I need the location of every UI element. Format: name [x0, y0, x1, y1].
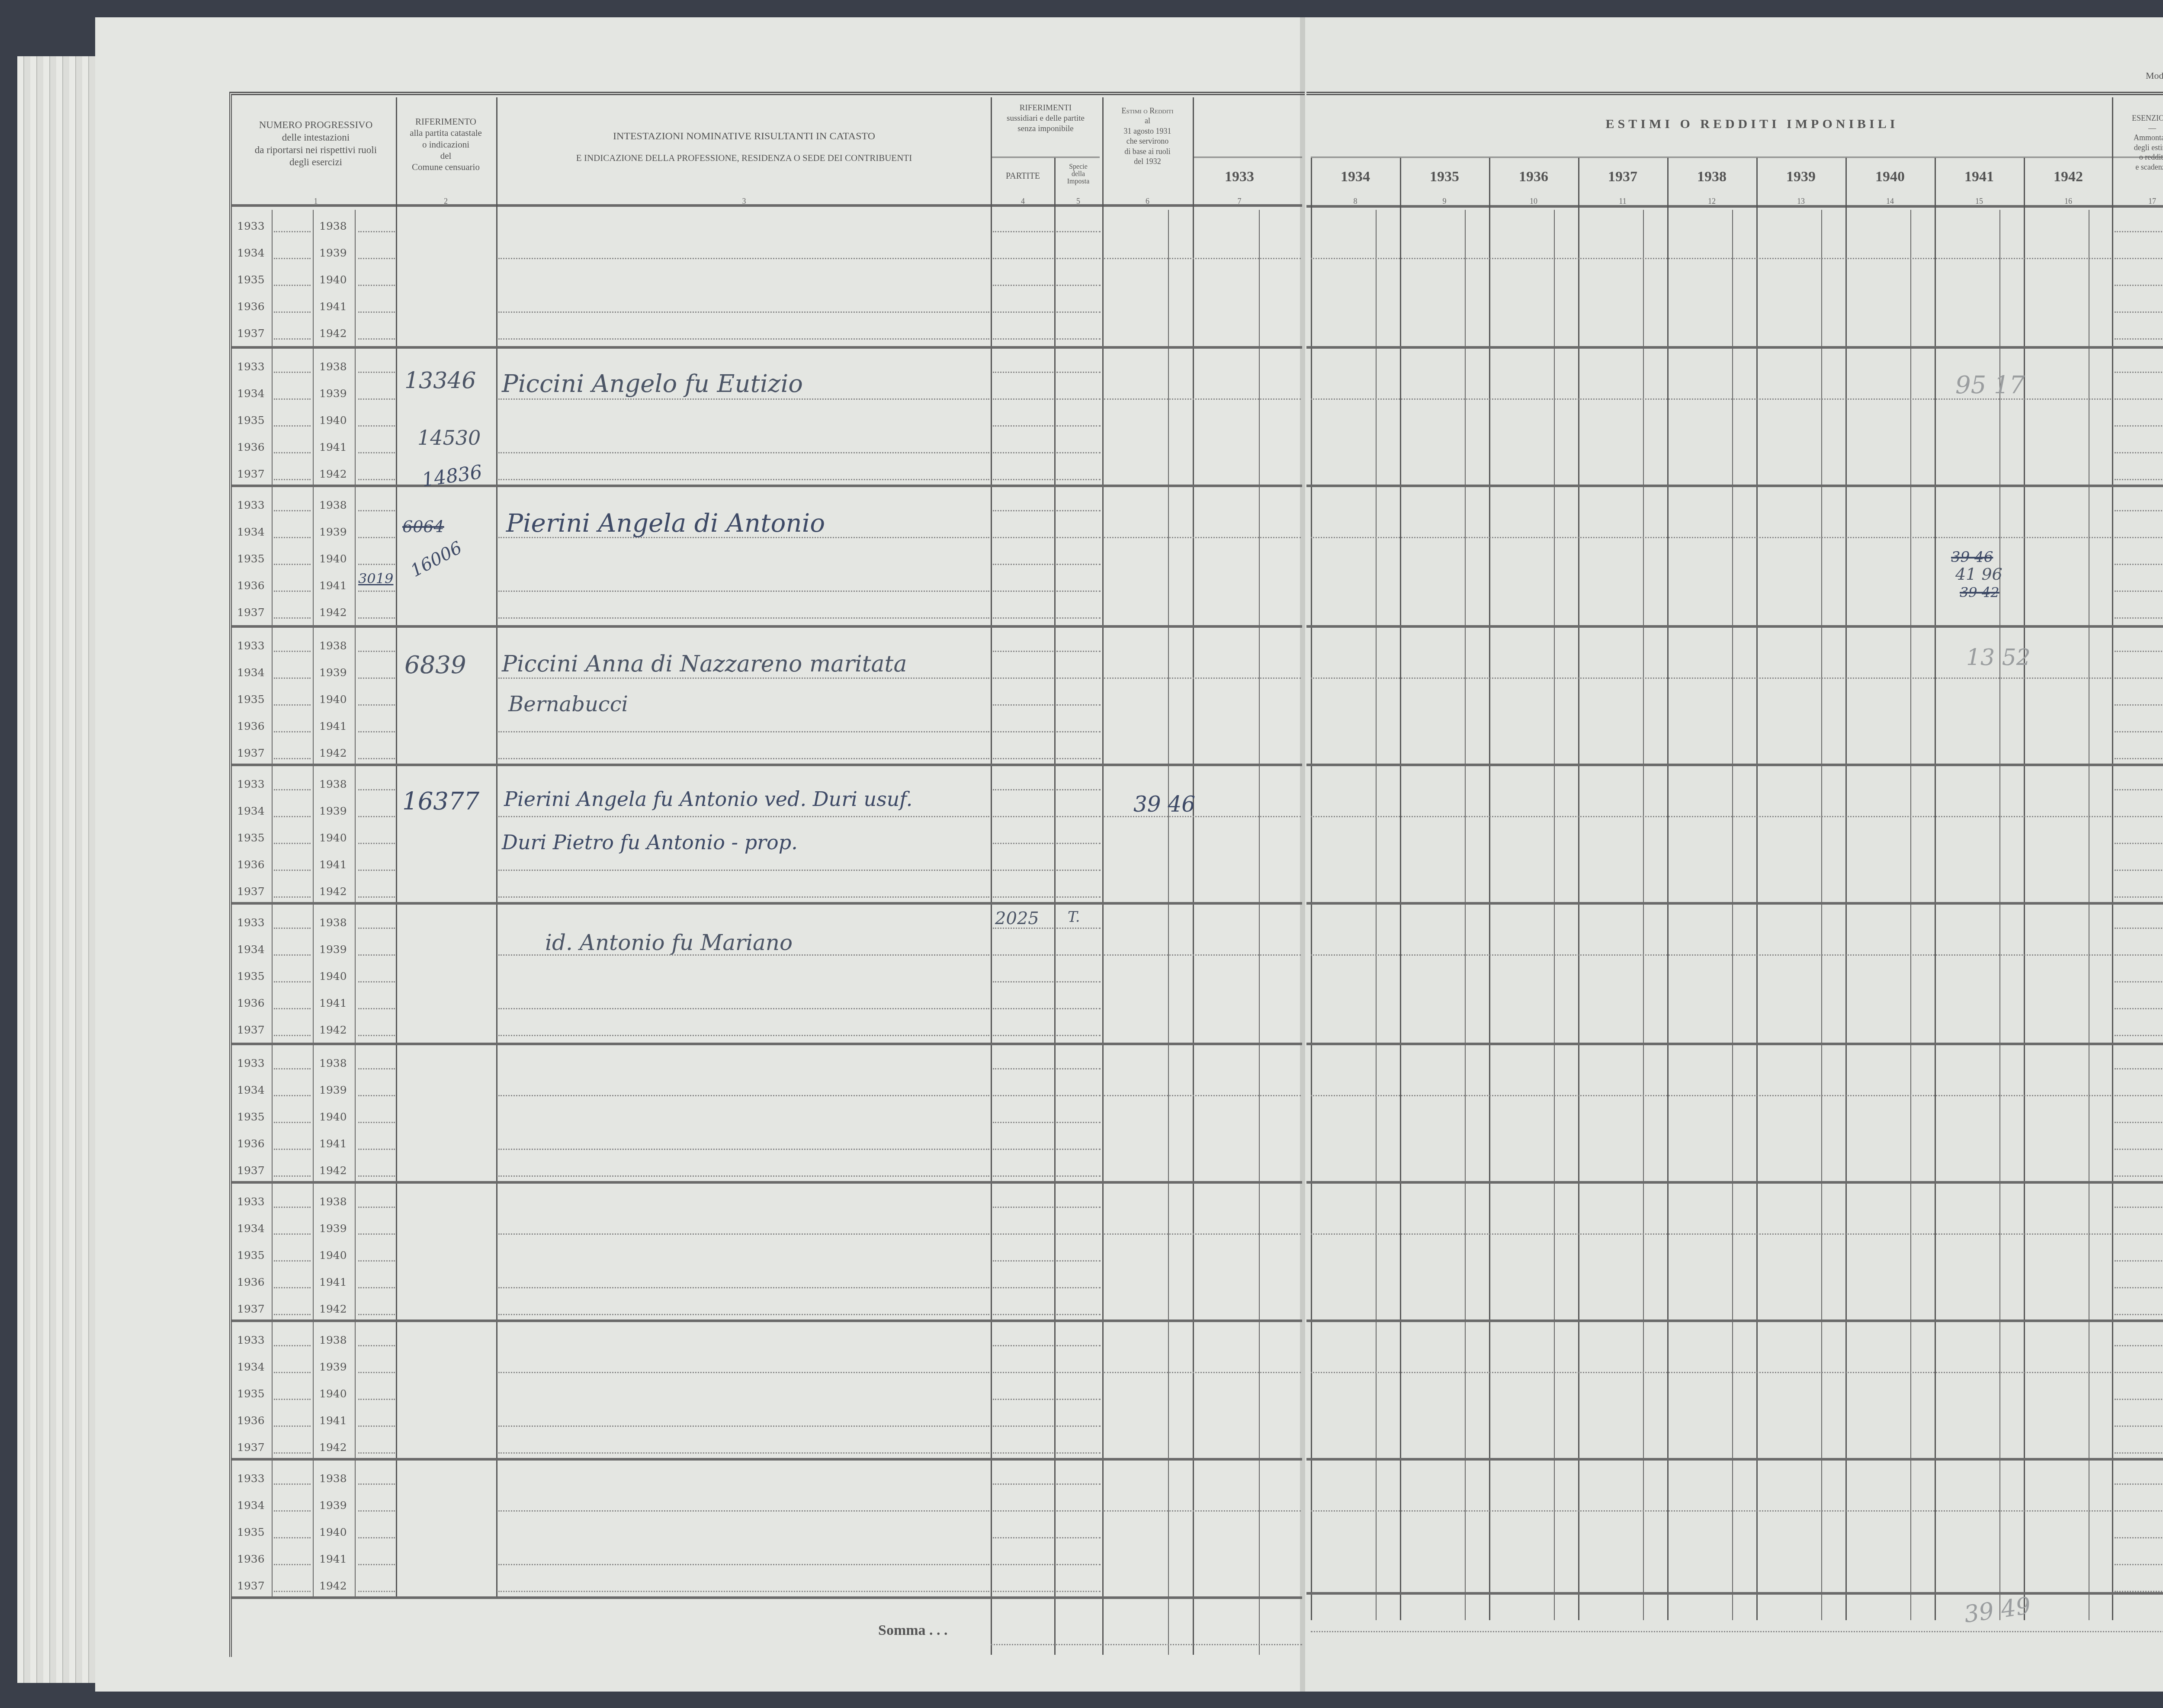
header-col7-year: 1933 [1194, 169, 1285, 185]
year-label-right: 1939 [319, 1361, 347, 1373]
entry-4-estimo-1941[interactable]: 13 52 [1966, 645, 2031, 671]
form-title: Mod. 111 - Imposte Dirette (Intercalare)… [2146, 70, 2163, 81]
year-label-right: 1938 [319, 499, 347, 511]
year-label-left: 1935 [237, 970, 265, 982]
entry-4-riferimento[interactable]: 6839 [404, 651, 466, 679]
entry-2-estimo-1941[interactable]: 95 17 [1955, 371, 2025, 399]
year-label-right: 1940 [319, 273, 347, 286]
year-label-right: 1940 [319, 1249, 347, 1262]
entry-3-numero-note[interactable]: 3019 [358, 570, 393, 587]
entry-6-specie-imposta[interactable]: T. [1068, 909, 1080, 926]
year-label-left: 1937 [237, 1303, 265, 1315]
year-label-right: 1941 [319, 997, 347, 1009]
year-label-left: 1937 [237, 327, 265, 340]
year-label-right: 1941 [319, 1137, 347, 1150]
year-label-left: 1936 [237, 579, 265, 592]
vline-year-col [1489, 158, 1490, 1620]
year-label-left: 1936 [237, 441, 265, 453]
year-label-right: 1940 [319, 414, 347, 427]
year-label-right: 1942 [319, 885, 347, 898]
vline-col6-left [1102, 97, 1104, 1655]
header-col1: NUMERO PROGRESSIVO delle intestazioni da… [234, 119, 398, 169]
year-label-right: 1939 [319, 1499, 347, 1512]
year-label-right: 1942 [319, 747, 347, 759]
year-label-right: 1942 [319, 1303, 347, 1315]
year-label-left: 1936 [237, 1276, 265, 1288]
year-label-right: 1942 [319, 1441, 347, 1454]
entry-4-intestazione-line1[interactable]: Piccini Anna di Nazzareno maritata [502, 651, 907, 677]
left-table-frame [229, 92, 1305, 1657]
block-divider-left [232, 1043, 1302, 1045]
year-label-left: 1935 [237, 832, 265, 844]
block-divider-left [232, 902, 1302, 905]
year-label-right: 1938 [319, 360, 347, 373]
block-divider-right [1306, 1181, 2163, 1184]
vline-year-col [1311, 158, 1312, 1620]
entry-5-estimo-1931[interactable]: 39 46 [1133, 792, 1195, 817]
header-col6: Estimi o Redditi al 31 agosto 1931 che s… [1103, 106, 1192, 167]
year-label-left: 1934 [237, 1361, 265, 1373]
year-label-right: 1939 [319, 526, 347, 538]
header-col4: PARTITE [992, 171, 1054, 182]
year-label-left: 1936 [237, 1414, 265, 1427]
year-header: 1942 [2024, 169, 2113, 185]
block-divider-left [232, 1458, 1302, 1461]
entry-2-riferimento-2[interactable]: 14530 [417, 426, 481, 449]
year-header: 1935 [1400, 169, 1489, 185]
year-label-right: 1938 [319, 778, 347, 790]
year-label-right: 1942 [319, 1580, 347, 1592]
block-divider-left [232, 625, 1302, 628]
entry-3-estimo-1941-struck-1: 39 46 [1951, 549, 1993, 566]
block-divider-left [232, 1181, 1302, 1184]
year-header: 1934 [1311, 169, 1400, 185]
entry-4-intestazione-line2[interactable]: Bernabucci [508, 692, 628, 716]
year-label-left: 1937 [237, 885, 265, 898]
block-divider-right [1306, 1043, 2163, 1045]
block-divider-right [1306, 764, 2163, 766]
year-label-right: 1942 [319, 606, 347, 619]
year-label-right: 1939 [319, 666, 347, 679]
year-label-right: 1940 [319, 970, 347, 982]
year-label-left: 1933 [237, 778, 265, 790]
year-label-left: 1933 [237, 1057, 265, 1069]
year-label-left: 1936 [237, 1137, 265, 1150]
block-divider-left [232, 764, 1302, 766]
year-label-right: 1938 [319, 1334, 347, 1346]
year-label-left: 1937 [237, 468, 265, 480]
block-divider-left [232, 1320, 1302, 1322]
vline-year-col [1400, 158, 1401, 1620]
block-divider-left [232, 485, 1302, 487]
somma-label: Somma . . . [878, 1622, 948, 1639]
year-label-left: 1934 [237, 247, 265, 259]
year-label-right: 1939 [319, 247, 347, 259]
year-label-left: 1935 [237, 273, 265, 286]
year-label-left: 1935 [237, 414, 265, 427]
year-label-right: 1941 [319, 441, 347, 453]
header-col45: RIFERIMENTI sussidiari e delle partite s… [992, 103, 1100, 134]
year-header: 1939 [1756, 169, 1845, 185]
year-header: 1941 [1935, 169, 2024, 185]
book-page-edges-left [17, 56, 95, 1683]
year-label-right: 1941 [319, 858, 347, 871]
year-label-left: 1936 [237, 1553, 265, 1565]
year-label-left: 1934 [237, 526, 265, 538]
year-label-right: 1941 [319, 300, 347, 313]
header-col2: RIFERIMENTO alla partita catastale o ind… [397, 116, 494, 173]
entry-6-intestazione-line1[interactable]: id. Antonio fu Mariano [545, 930, 793, 955]
year-label-right: 1940 [319, 1526, 347, 1538]
year-label-right: 1941 [319, 1553, 347, 1565]
year-label-left: 1936 [237, 997, 265, 1009]
year-label-right: 1940 [319, 552, 347, 565]
vline-col5-left [1054, 158, 1056, 1655]
year-label-left: 1936 [237, 858, 265, 871]
vline-col3-left [496, 97, 497, 1599]
year-header: 1940 [1845, 169, 1935, 185]
year-label-left: 1934 [237, 387, 265, 400]
block-divider-left [232, 346, 1302, 349]
header-col3: INTESTAZIONI NOMINATIVE RISULTANTI IN CA… [497, 130, 991, 164]
year-label-left: 1935 [237, 1111, 265, 1123]
entry-5-intestazione-line1[interactable]: Pierini Angela fu Antonio ved. Duri usuf… [504, 787, 912, 811]
year-label-right: 1938 [319, 220, 347, 232]
year-label-right: 1938 [319, 1057, 347, 1069]
block-divider-right [1306, 1458, 2163, 1461]
vline-col4-left [991, 97, 992, 1655]
block-divider-right [1306, 625, 2163, 628]
vline-year-col [1667, 158, 1669, 1620]
year-label-left: 1936 [237, 720, 265, 732]
vline-year-col [1756, 158, 1758, 1620]
year-label-right: 1941 [319, 1414, 347, 1427]
entry-6-partite[interactable]: 2025 [995, 909, 1039, 928]
year-label-left: 1933 [237, 1195, 265, 1208]
year-label-left: 1934 [237, 666, 265, 679]
entry-3-riferimento-struck[interactable]: 6064 [402, 517, 444, 536]
year-label-left: 1937 [237, 606, 265, 619]
year-label-left: 1934 [237, 1222, 265, 1235]
entry-5-intestazione-line2[interactable]: Duri Pietro fu Antonio - prop. [502, 831, 798, 854]
year-header: 1937 [1578, 169, 1667, 185]
estimi-title: ESTIMI O REDDITI IMPONIBILI [1311, 116, 2163, 132]
year-label-left: 1933 [237, 1334, 265, 1346]
header-col17: ESENZIONI — Ammontare degli estimi o red… [2113, 113, 2163, 172]
year-label-right: 1939 [319, 387, 347, 400]
year-label-left: 1933 [237, 1472, 265, 1485]
year-label-right: 1938 [319, 1195, 347, 1208]
year-label-left: 1935 [237, 552, 265, 565]
year-label-right: 1942 [319, 1164, 347, 1177]
entry-3-intestazione-line1[interactable]: Pierini Angela di Antonio [506, 508, 825, 538]
year-label-right: 1941 [319, 579, 347, 592]
block-divider-right [1306, 1320, 2163, 1322]
vline-col17-left [2112, 97, 2113, 1620]
year-label-left: 1933 [237, 220, 265, 232]
vline-year-col [1845, 158, 1847, 1620]
year-label-left: 1933 [237, 499, 265, 511]
year-label-left: 1937 [237, 747, 265, 759]
year-label-left: 1934 [237, 943, 265, 956]
year-label-left: 1937 [237, 1164, 265, 1177]
year-label-right: 1938 [319, 916, 347, 929]
block-divider-right [1306, 485, 2163, 487]
year-label-left: 1935 [237, 693, 265, 706]
year-label-left: 1937 [237, 1024, 265, 1036]
year-label-left: 1936 [237, 300, 265, 313]
year-label-left: 1933 [237, 916, 265, 929]
vline-col7-left [1193, 97, 1194, 1655]
year-label-right: 1942 [319, 1024, 347, 1036]
block-divider-right [1306, 902, 2163, 905]
year-label-right: 1939 [319, 1222, 347, 1235]
year-label-right: 1939 [319, 1084, 347, 1096]
year-header: 1938 [1667, 169, 1756, 185]
year-label-left: 1935 [237, 1387, 265, 1400]
year-label-left: 1935 [237, 1526, 265, 1538]
vline-year-col [1935, 158, 1936, 1620]
year-label-left: 1934 [237, 1499, 265, 1512]
year-label-right: 1942 [319, 327, 347, 340]
year-label-right: 1939 [319, 943, 347, 956]
year-label-right: 1938 [319, 639, 347, 652]
entry-5-riferimento[interactable]: 16377 [402, 787, 479, 815]
year-label-left: 1934 [237, 1084, 265, 1096]
year-label-right: 1942 [319, 468, 347, 480]
year-label-left: 1933 [237, 360, 265, 373]
header-col1-title: NUMERO PROGRESSIVO [234, 119, 398, 132]
year-header: 1936 [1489, 169, 1578, 185]
year-label-right: 1940 [319, 1387, 347, 1400]
entry-3-estimo-1941-struck-2: 39 42 [1960, 584, 1999, 600]
year-label-left: 1934 [237, 805, 265, 817]
year-label-right: 1941 [319, 720, 347, 732]
year-label-left: 1935 [237, 1249, 265, 1262]
vline-col2-left [396, 97, 397, 1599]
year-label-right: 1941 [319, 1276, 347, 1288]
block-divider-right [1306, 346, 2163, 349]
year-label-left: 1937 [237, 1580, 265, 1592]
entry-3-estimo-1941[interactable]: 41 96 [1955, 565, 2003, 584]
year-label-right: 1938 [319, 1472, 347, 1485]
year-label-right: 1940 [319, 693, 347, 706]
entry-2-riferimento[interactable]: 13346 [404, 368, 476, 394]
vline-year-col [1578, 158, 1579, 1620]
year-label-left: 1937 [237, 1441, 265, 1454]
header-col5: Specie della Imposta [1056, 164, 1101, 185]
year-label-right: 1940 [319, 1111, 347, 1123]
entry-2-intestazione-line1[interactable]: Piccini Angelo fu Eutizio [502, 370, 803, 398]
year-label-left: 1933 [237, 639, 265, 652]
year-label-right: 1939 [319, 805, 347, 817]
right-table-frame [1306, 92, 2163, 1622]
year-label-right: 1940 [319, 832, 347, 844]
